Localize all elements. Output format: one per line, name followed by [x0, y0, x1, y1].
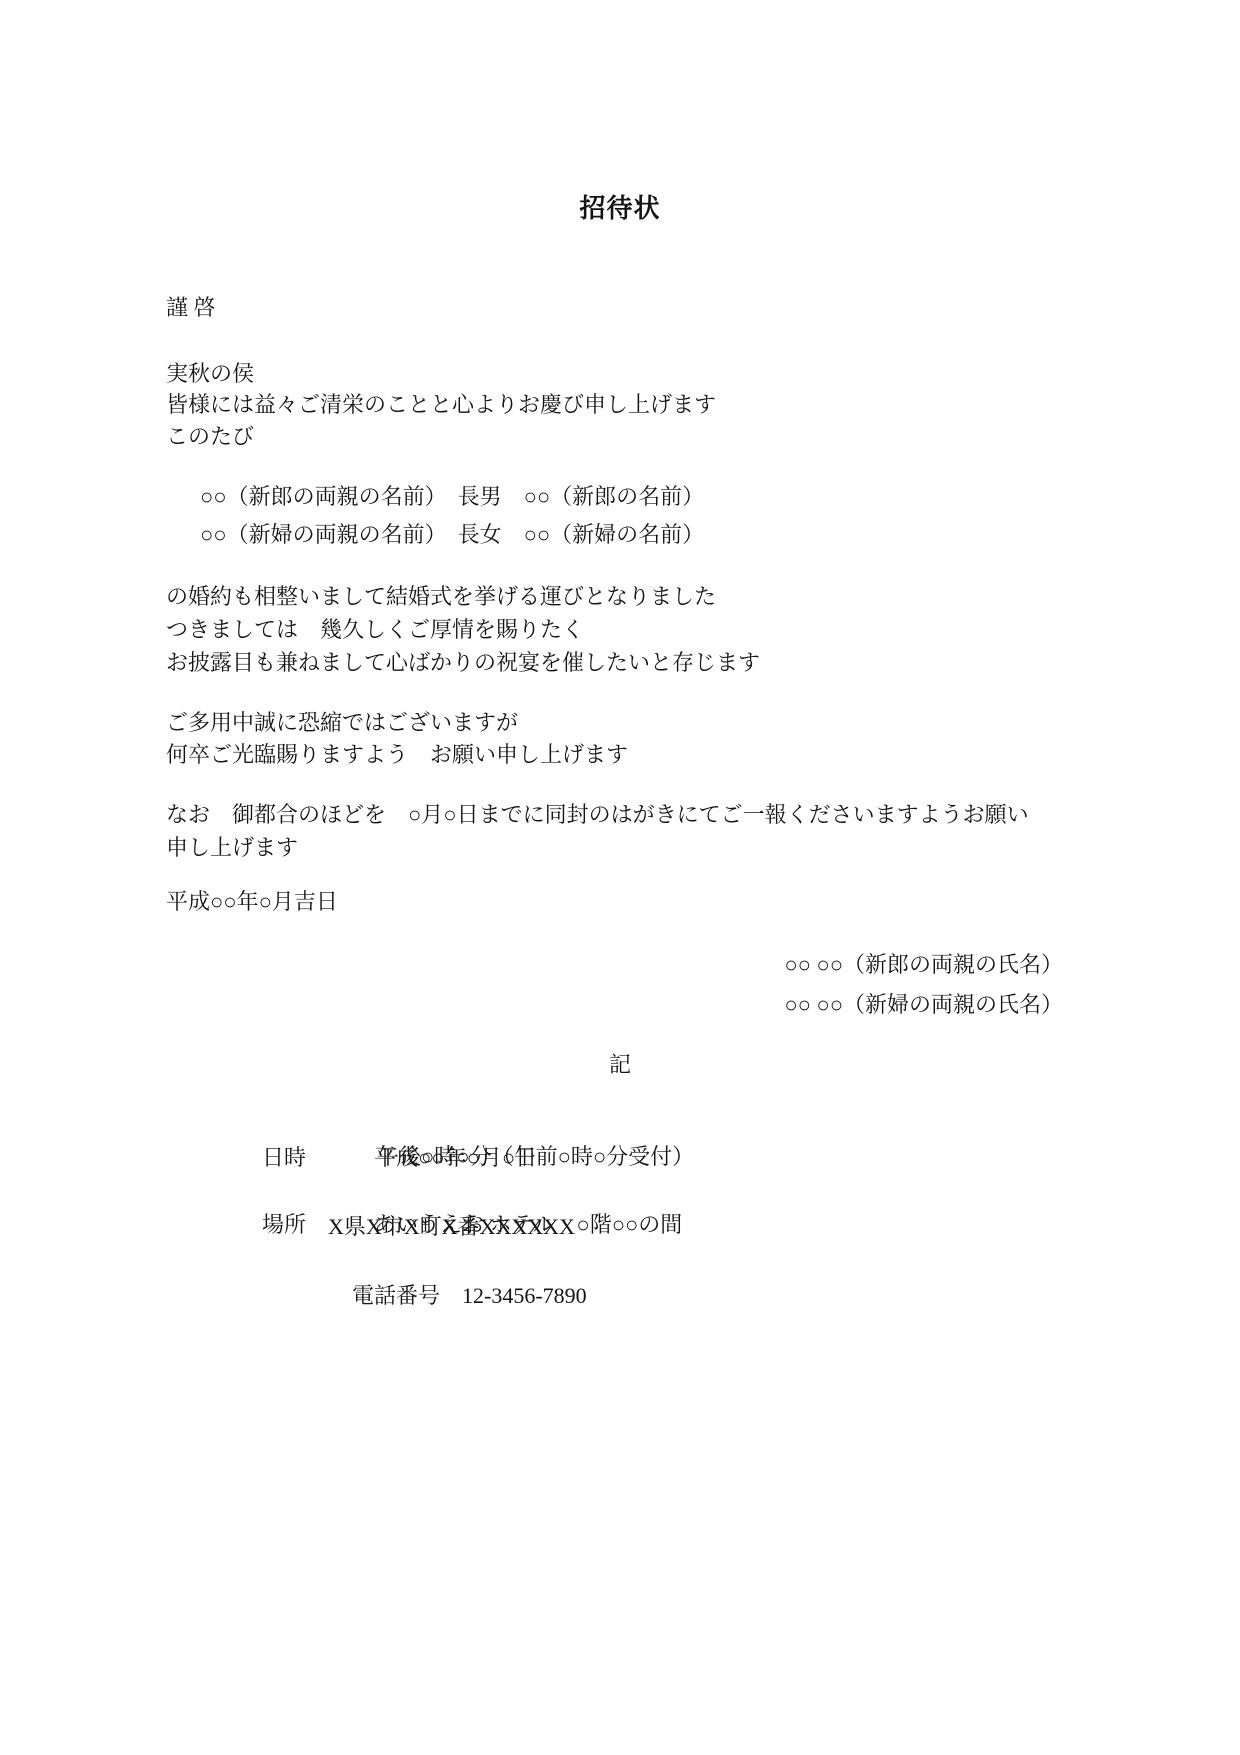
rsvp-line-2: 申し上げます [166, 831, 298, 864]
document-page: 招待状 謹 啓 実秋の侯 皆様には益々ご清栄のことと心よりお慶び申し上げます こ… [0, 0, 1240, 1755]
body-line-request: つきましては 幾久しくご厚情を賜りたく [166, 613, 584, 646]
note-marker: 記 [0, 1048, 1240, 1081]
signature-bride-parents: ○○ ○○（新婦の両親の氏名） [0, 988, 1063, 1021]
detail-row-phone: 電話番号12-3456-7890 [330, 1246, 587, 1345]
intro-line-lead: このたび [166, 420, 254, 453]
intro-line-season: 実秋の侯 [166, 357, 254, 390]
bride-name-line: ○○（新婦の両親の名前） 長女 ○○（新婦の名前） [200, 518, 704, 551]
datetime-value-2: 午後○時○分（午前○時○分受付） [377, 1140, 694, 1173]
intro-line-greeting: 皆様には益々ご清栄のことと心よりお慶び申し上げます [166, 388, 716, 421]
datetime-label: 日時 [262, 1141, 374, 1174]
venue-address: X県X市X町X番XXXXXX [328, 1210, 575, 1243]
groom-name-line: ○○（新郎の両親の名前） 長男 ○○（新郎の名前） [200, 480, 704, 513]
phone-label: 電話番号 [352, 1283, 440, 1308]
salutation: 謹 啓 [166, 291, 216, 324]
body-line-attendance: 何卒ご光臨賜りますよう お願い申し上げます [166, 738, 628, 771]
issue-date: 平成○○年○月吉日 [166, 885, 338, 918]
body-line-banquet: お披露目も兼ねまして心ばかりの祝宴を催したいと存じます [166, 646, 760, 679]
signature-groom-parents: ○○ ○○（新郎の両親の氏名） [0, 948, 1063, 981]
body-line-apology: ご多用中誠に恐縮ではございますが [166, 706, 518, 739]
phone-number: 12-3456-7890 [462, 1283, 587, 1308]
rsvp-line-1: なお 御都合のほどを ○月○日までに同封のはがきにてご一報くださいますようお願い [166, 798, 1029, 831]
body-line-engagement: の婚約も相整いまして結婚式を挙げる運びとなりました [166, 580, 716, 613]
document-title: 招待状 [0, 192, 1240, 225]
